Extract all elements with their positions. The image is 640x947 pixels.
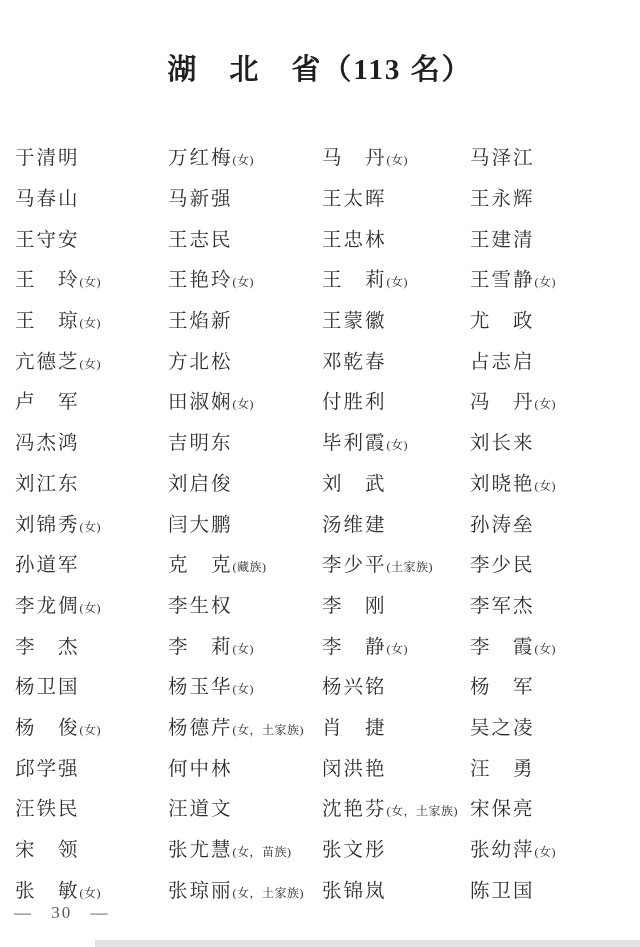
name-cell: 王守安: [15, 224, 168, 252]
gender-ethnicity-tag: (土家族): [387, 560, 434, 574]
person-name: 汪道文: [168, 799, 233, 820]
name-cell: 于清明: [15, 142, 168, 170]
person-name: 张 敏: [15, 881, 80, 902]
name-cell: 王蒙徽: [322, 305, 470, 333]
name-cell: 张文彤: [322, 834, 470, 862]
page-number: — 30 —: [14, 903, 110, 923]
name-cell: 汪道文: [168, 793, 322, 821]
person-name: 何中林: [168, 759, 233, 780]
person-name: 孙涛垒: [470, 515, 535, 536]
person-name: 李 莉: [168, 637, 233, 658]
name-cell: 刘晓艳(女): [470, 468, 630, 496]
person-name: 冯杰鸿: [15, 433, 80, 454]
name-cell: 王雪静(女): [470, 264, 630, 292]
gender-ethnicity-tag: (女): [535, 275, 557, 289]
person-name: 吴之凌: [470, 718, 535, 739]
person-name: 占志启: [470, 352, 535, 373]
name-cell: 王 莉(女): [322, 264, 470, 292]
name-cell: 陈卫国: [470, 875, 630, 903]
person-name: 张文彤: [322, 840, 387, 861]
roster-row: 王 琼(女)王焰新王蒙徽尤 政: [15, 299, 635, 340]
person-name: 马 丹: [322, 148, 387, 169]
name-cell: 刘 武: [322, 468, 470, 496]
person-name: 杨兴铭: [322, 677, 387, 698]
gender-ethnicity-tag: (女): [233, 153, 255, 167]
person-name: 孙道军: [15, 555, 80, 576]
name-cell: 杨德芹(女，土家族): [168, 712, 322, 740]
name-cell: 李 莉(女): [168, 631, 322, 659]
person-name: 宋保亮: [470, 799, 535, 820]
name-cell: 汪铁民: [15, 793, 168, 821]
person-name: 张琼丽: [168, 881, 233, 902]
person-name: 闵洪艳: [322, 759, 387, 780]
name-cell: 吴之凌: [470, 712, 630, 740]
person-name: 张幼萍: [470, 840, 535, 861]
roster-row: 王 玲(女)王艳玲(女)王 莉(女)王雪静(女): [15, 258, 635, 299]
name-cell: 王 玲(女): [15, 264, 168, 292]
gender-ethnicity-tag: (女): [80, 886, 102, 900]
person-name: 尤 政: [470, 311, 535, 332]
person-name: 王建清: [470, 230, 535, 251]
name-cell: 王志民: [168, 224, 322, 252]
name-cell: 汪 勇: [470, 753, 630, 781]
person-name: 毕利霞: [322, 433, 387, 454]
person-name: 田淑娴: [168, 392, 233, 413]
name-cell: 马新强: [168, 183, 322, 211]
person-name: 吉明东: [168, 433, 233, 454]
person-name: 张锦岚: [322, 881, 387, 902]
gender-ethnicity-tag: (女，土家族): [233, 886, 305, 900]
gender-ethnicity-tag: (女): [80, 723, 102, 737]
person-name: 王太晖: [322, 189, 387, 210]
roster-row: 冯杰鸿吉明东毕利霞(女)刘长来: [15, 421, 635, 462]
roster-row: 于清明万红梅(女)马 丹(女)马泽江: [15, 136, 635, 177]
name-cell: 马 丹(女): [322, 142, 470, 170]
name-cell: 王建清: [470, 224, 630, 252]
name-cell: 马春山: [15, 183, 168, 211]
person-name: 刘长来: [470, 433, 535, 454]
person-name: 王 莉: [322, 270, 387, 291]
person-name: 杨德芹: [168, 718, 233, 739]
person-name: 李生权: [168, 596, 233, 617]
gender-ethnicity-tag: (女): [233, 397, 255, 411]
person-name: 张尤慧: [168, 840, 233, 861]
roster-row: 卢 军田淑娴(女)付胜利冯 丹(女): [15, 380, 635, 421]
person-name: 杨卫国: [15, 677, 80, 698]
person-name: 汤维建: [322, 515, 387, 536]
gender-ethnicity-tag: (女): [80, 601, 102, 615]
name-cell: 李 杰: [15, 631, 168, 659]
person-name: 李 杰: [15, 637, 80, 658]
name-cell: 刘江东: [15, 468, 168, 496]
name-cell: 肖 捷: [322, 712, 470, 740]
person-name: 于清明: [15, 148, 80, 169]
name-cell: 汤维建: [322, 509, 470, 537]
name-cell: 毕利霞(女): [322, 427, 470, 455]
scan-edge-artifact: [95, 940, 640, 947]
person-name: 宋 领: [15, 840, 80, 861]
person-name: 闫大鹏: [168, 515, 233, 536]
person-name: 冯 丹: [470, 392, 535, 413]
name-cell: 闫大鹏: [168, 509, 322, 537]
name-cell: 田淑娴(女): [168, 386, 322, 414]
person-name: 王焰新: [168, 311, 233, 332]
gender-ethnicity-tag: (女): [233, 275, 255, 289]
gender-ethnicity-tag: (女): [80, 275, 102, 289]
person-name: 马泽江: [470, 148, 535, 169]
name-cell: 李 霞(女): [470, 631, 630, 659]
name-cell: 王艳玲(女): [168, 264, 322, 292]
person-name: 刘锦秀: [15, 515, 80, 536]
gender-ethnicity-tag: (女): [387, 153, 409, 167]
name-cell: 张 敏(女): [15, 875, 168, 903]
name-cell: 刘长来: [470, 427, 630, 455]
name-cell: 张幼萍(女): [470, 834, 630, 862]
person-name: 李 霞: [470, 637, 535, 658]
name-cell: 李军杰: [470, 590, 630, 618]
person-name: 沈艳芬: [322, 799, 387, 820]
person-name: 克 克: [168, 555, 233, 576]
gender-ethnicity-tag: (女): [80, 520, 102, 534]
name-cell: 王 琼(女): [15, 305, 168, 333]
name-cell: 冯 丹(女): [470, 386, 630, 414]
name-cell: 尤 政: [470, 305, 630, 333]
name-cell: 刘启俊: [168, 468, 322, 496]
gender-ethnicity-tag: (女): [535, 642, 557, 656]
name-cell: 杨卫国: [15, 671, 168, 699]
roster-row: 亢德芝(女)方北松邓乾春占志启: [15, 339, 635, 380]
name-cell: 杨玉华(女): [168, 671, 322, 699]
roster-row: 王守安王志民王忠林王建清: [15, 217, 635, 258]
person-name: 亢德芝: [15, 352, 80, 373]
person-name: 万红梅: [168, 148, 233, 169]
name-cell: 付胜利: [322, 386, 470, 414]
person-name: 王志民: [168, 230, 233, 251]
gender-ethnicity-tag: (女): [233, 682, 255, 696]
person-name: 杨 俊: [15, 718, 80, 739]
person-name: 马新强: [168, 189, 233, 210]
person-name: 李少民: [470, 555, 535, 576]
name-cell: 李 刚: [322, 590, 470, 618]
roster-row: 汪铁民汪道文沈艳芬(女，土家族)宋保亮: [15, 787, 635, 828]
gender-ethnicity-tag: (女): [387, 438, 409, 452]
name-cell: 冯杰鸿: [15, 427, 168, 455]
name-cell: 万红梅(女): [168, 142, 322, 170]
name-cell: 王太晖: [322, 183, 470, 211]
name-cell: 吉明东: [168, 427, 322, 455]
name-cell: 杨 军: [470, 671, 630, 699]
roster-row: 马春山马新强王太晖王永辉: [15, 177, 635, 218]
gender-ethnicity-tag: (女): [80, 316, 102, 330]
name-cell: 亢德芝(女): [15, 346, 168, 374]
person-name: 王雪静: [470, 270, 535, 291]
name-cell: 王永辉: [470, 183, 630, 211]
gender-ethnicity-tag: (女): [535, 479, 557, 493]
person-name: 汪铁民: [15, 799, 80, 820]
person-name: 李少平: [322, 555, 387, 576]
name-cell: 宋保亮: [470, 793, 630, 821]
gender-ethnicity-tag: (女): [387, 275, 409, 289]
person-name: 刘江东: [15, 474, 80, 495]
name-cell: 王焰新: [168, 305, 322, 333]
gender-ethnicity-tag: (女，苗族): [233, 845, 292, 859]
person-name: 陈卫国: [470, 881, 535, 902]
name-cell: 李 静(女): [322, 631, 470, 659]
name-cell: 方北松: [168, 346, 322, 374]
person-name: 刘晓艳: [470, 474, 535, 495]
gender-ethnicity-tag: (女): [387, 642, 409, 656]
roster-row: 李龙倜(女)李生权李 刚李军杰: [15, 584, 635, 625]
name-cell: 李少民: [470, 549, 630, 577]
name-cell: 张琼丽(女，土家族): [168, 875, 322, 903]
name-cell: 沈艳芬(女，土家族): [322, 793, 470, 821]
person-name: 付胜利: [322, 392, 387, 413]
roster-row: 杨 俊(女)杨德芹(女，土家族)肖 捷吴之凌: [15, 706, 635, 747]
name-cell: 克 克(藏族): [168, 549, 322, 577]
name-roster: 于清明万红梅(女)马 丹(女)马泽江马春山马新强王太晖王永辉王守安王志民王忠林王…: [15, 136, 635, 909]
person-name: 杨玉华: [168, 677, 233, 698]
person-name: 邱学强: [15, 759, 80, 780]
person-name: 方北松: [168, 352, 233, 373]
name-cell: 孙道军: [15, 549, 168, 577]
person-name: 李 静: [322, 637, 387, 658]
gender-ethnicity-tag: (藏族): [233, 560, 267, 574]
name-cell: 占志启: [470, 346, 630, 374]
name-cell: 李龙倜(女): [15, 590, 168, 618]
name-cell: 杨兴铭: [322, 671, 470, 699]
person-name: 肖 捷: [322, 718, 387, 739]
page-title: 湖 北 省（113 名）: [0, 0, 640, 88]
gender-ethnicity-tag: (女): [233, 642, 255, 656]
person-name: 王艳玲: [168, 270, 233, 291]
person-name: 王 琼: [15, 311, 80, 332]
person-name: 卢 军: [15, 392, 80, 413]
gender-ethnicity-tag: (女): [535, 397, 557, 411]
name-cell: 孙涛垒: [470, 509, 630, 537]
name-cell: 闵洪艳: [322, 753, 470, 781]
name-cell: 何中林: [168, 753, 322, 781]
gender-ethnicity-tag: (女，土家族): [387, 804, 459, 818]
person-name: 汪 勇: [470, 759, 535, 780]
gender-ethnicity-tag: (女): [535, 845, 557, 859]
name-cell: 卢 军: [15, 386, 168, 414]
name-cell: 王忠林: [322, 224, 470, 252]
roster-row: 杨卫国杨玉华(女)杨兴铭杨 军: [15, 665, 635, 706]
person-name: 马春山: [15, 189, 80, 210]
person-name: 刘启俊: [168, 474, 233, 495]
name-cell: 刘锦秀(女): [15, 509, 168, 537]
name-cell: 张锦岚: [322, 875, 470, 903]
name-cell: 李生权: [168, 590, 322, 618]
name-cell: 邓乾春: [322, 346, 470, 374]
roster-row: 宋 领张尤慧(女，苗族)张文彤张幼萍(女): [15, 828, 635, 869]
person-name: 杨 军: [470, 677, 535, 698]
gender-ethnicity-tag: (女，土家族): [233, 723, 305, 737]
person-name: 邓乾春: [322, 352, 387, 373]
name-cell: 邱学强: [15, 753, 168, 781]
person-name: 王守安: [15, 230, 80, 251]
person-name: 李军杰: [470, 596, 535, 617]
person-name: 王蒙徽: [322, 311, 387, 332]
name-cell: 马泽江: [470, 142, 630, 170]
roster-row: 孙道军克 克(藏族)李少平(土家族)李少民: [15, 543, 635, 584]
name-cell: 张尤慧(女，苗族): [168, 834, 322, 862]
person-name: 王永辉: [470, 189, 535, 210]
person-name: 王 玲: [15, 270, 80, 291]
roster-row: 刘江东刘启俊刘 武刘晓艳(女): [15, 462, 635, 503]
name-cell: 杨 俊(女): [15, 712, 168, 740]
name-cell: 宋 领: [15, 834, 168, 862]
roster-row: 李 杰李 莉(女)李 静(女)李 霞(女): [15, 624, 635, 665]
name-cell: 李少平(土家族): [322, 549, 470, 577]
person-name: 王忠林: [322, 230, 387, 251]
person-name: 李 刚: [322, 596, 387, 617]
roster-row: 刘锦秀(女)闫大鹏汤维建孙涛垒: [15, 502, 635, 543]
roster-row: 邱学强何中林闵洪艳汪 勇: [15, 746, 635, 787]
document-page: 湖 北 省（113 名） 于清明万红梅(女)马 丹(女)马泽江马春山马新强王太晖…: [0, 0, 640, 947]
person-name: 刘 武: [322, 474, 387, 495]
gender-ethnicity-tag: (女): [80, 357, 102, 371]
person-name: 李龙倜: [15, 596, 80, 617]
